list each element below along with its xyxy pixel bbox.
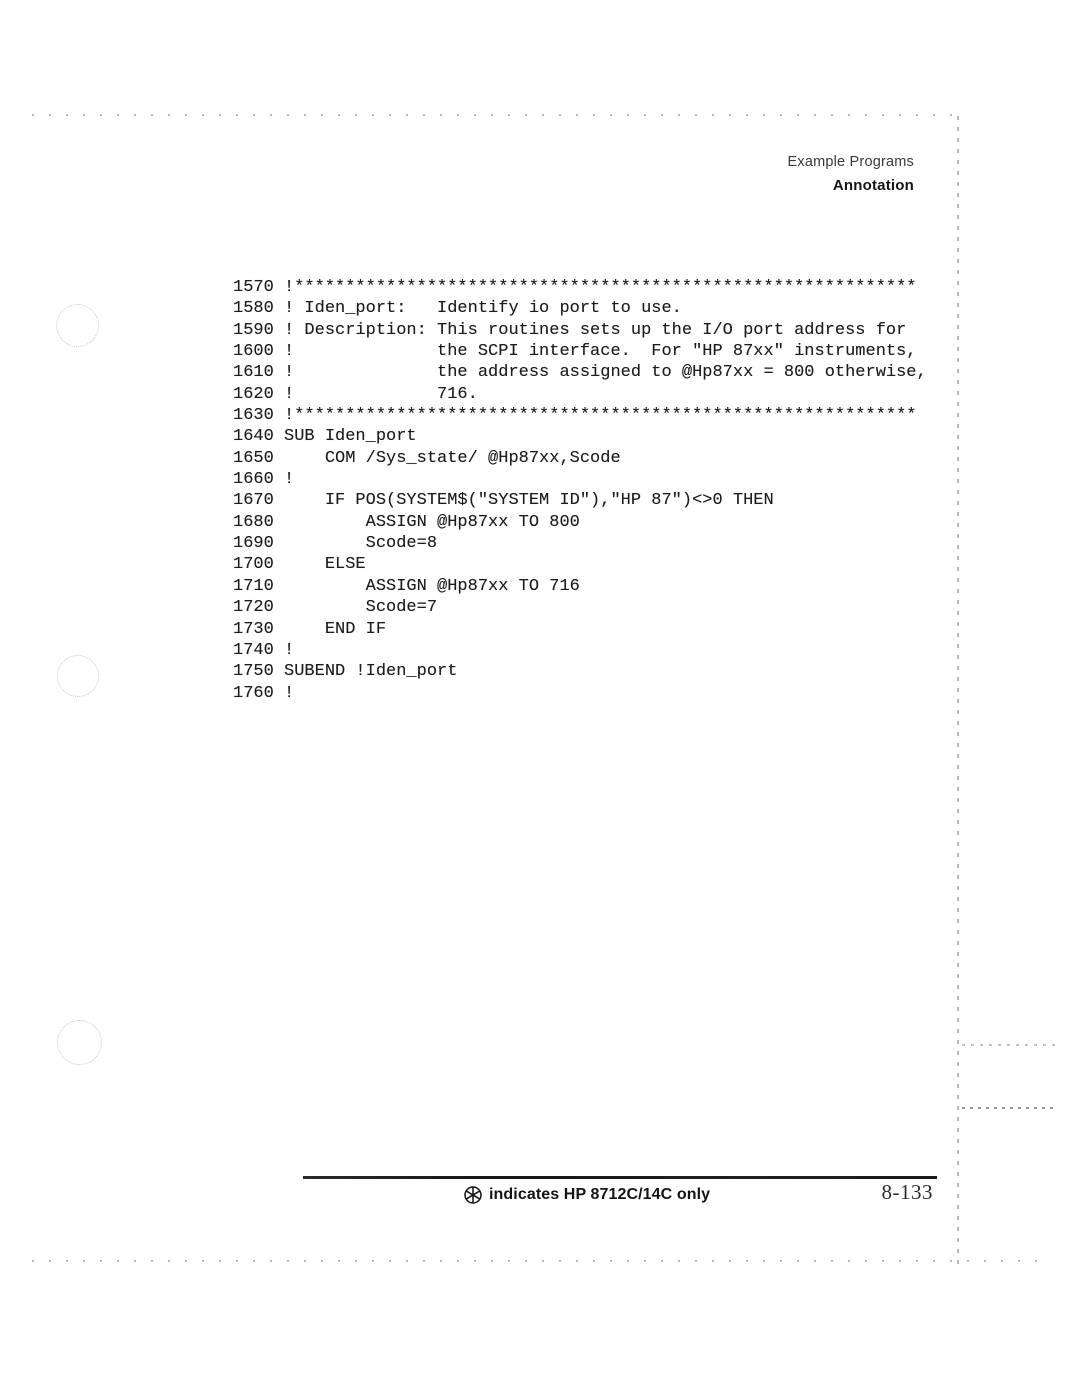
scan-artifact-top-dotted-line (32, 114, 958, 116)
code-line: 1660 ! (233, 469, 927, 490)
header-section-title: Annotation (788, 177, 915, 194)
footer-note-text: indicates HP 8712C/14C only (489, 1186, 710, 1204)
code-line: 1600 ! the SCPI interface. For "HP 87xx"… (233, 341, 927, 362)
code-line: 1750 SUBEND !Iden_port (233, 661, 927, 682)
code-line: 1580 ! Iden_port: Identify io port to us… (233, 298, 927, 319)
code-line: 1730 END IF (233, 619, 927, 640)
running-header: Example Programs Annotation (788, 154, 915, 194)
code-line: 1640 SUB Iden_port (233, 426, 927, 447)
code-line: 1760 ! (233, 683, 927, 704)
code-line: 1650 COM /Sys_state/ @Hp87xx,Scode (233, 448, 927, 469)
scan-artifact-right-dotted-line (962, 1107, 1058, 1109)
scan-artifact-bottom-dotted-line (32, 1260, 1052, 1262)
hole-punch-mark (56, 304, 99, 347)
page-edge-dashed-line (957, 116, 959, 1264)
scan-artifact-right-dotted-line (962, 1044, 1058, 1046)
hole-punch-mark (57, 1020, 102, 1065)
code-line: 1680 ASSIGN @Hp87xx TO 800 (233, 512, 927, 533)
code-line: 1590 ! Description: This routines sets u… (233, 320, 927, 341)
code-line: 1670 IF POS(SYSTEM$("SYSTEM ID"),"HP 87"… (233, 490, 927, 511)
hole-punch-mark (57, 655, 99, 697)
code-line: 1690 Scode=8 (233, 533, 927, 554)
code-line: 1570 !**********************************… (233, 277, 927, 298)
header-chapter-title: Example Programs (788, 154, 915, 170)
footer-note: indicates HP 8712C/14C only (463, 1185, 710, 1205)
code-listing: 1570 !**********************************… (233, 277, 927, 704)
code-line: 1710 ASSIGN @Hp87xx TO 716 (233, 576, 927, 597)
code-line: 1740 ! (233, 640, 927, 661)
code-line: 1700 ELSE (233, 554, 927, 575)
circled-asterisk-icon (463, 1185, 483, 1205)
code-line: 1620 ! 716. (233, 384, 927, 405)
footer-rule (303, 1176, 937, 1179)
page-number: 8-133 (853, 1180, 933, 1205)
code-line: 1610 ! the address assigned to @Hp87xx =… (233, 362, 927, 383)
code-line: 1720 Scode=7 (233, 597, 927, 618)
scanned-manual-page: Example Programs Annotation 1570 !******… (0, 0, 1080, 1397)
code-line: 1630 !**********************************… (233, 405, 927, 426)
